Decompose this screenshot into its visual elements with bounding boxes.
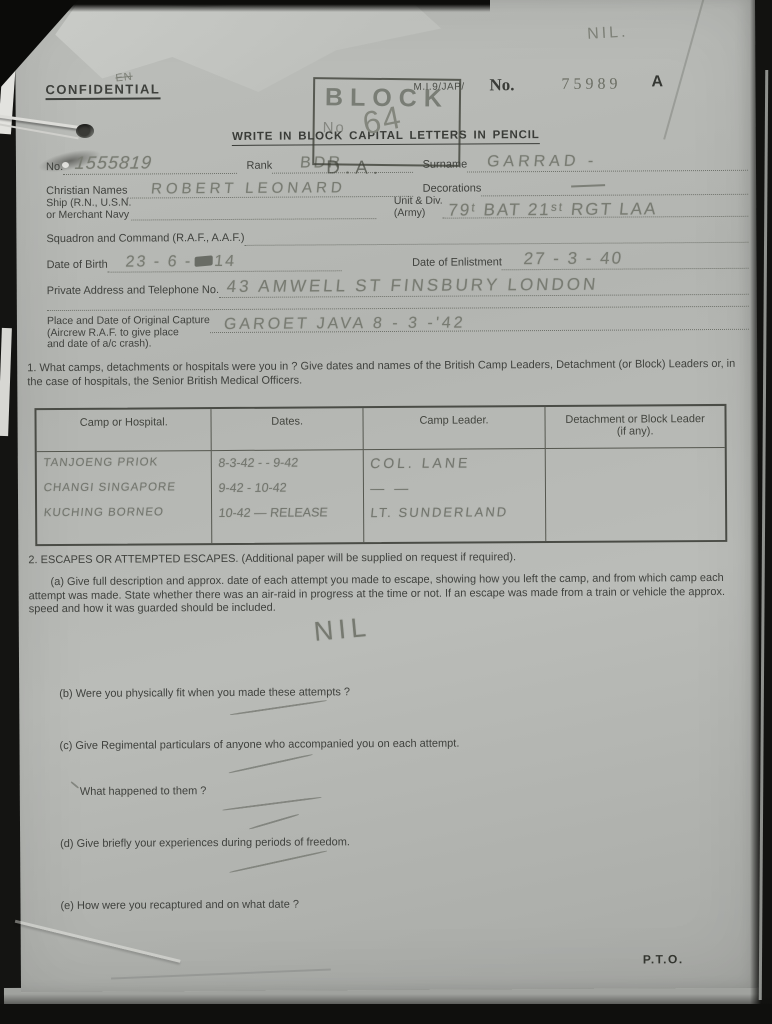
- question-2-heading: 2. ESCAPES OR ATTEMPTED ESCAPES. (Additi…: [28, 550, 740, 568]
- form-page: NIL. CONFIDENTIAL EN BLOCK No 64 D.A. M.…: [15, 0, 761, 992]
- pencil-block-number: 64: [359, 98, 405, 142]
- stamp-da-text: D.A.: [326, 157, 383, 180]
- pencil-tick: [70, 781, 79, 789]
- scan-edge-bottom: [0, 1004, 772, 1024]
- unit-label-line2: (Army): [394, 207, 443, 219]
- dob-value-pre: 23 - 6 -: [125, 253, 193, 270]
- pencil-dash: [571, 184, 605, 187]
- camps-table: Camp or Hospital. Dates. Camp Leader. De…: [34, 404, 727, 546]
- table-col-camp: TANJOENG PRIOK CHANGI SINGAPORE KUCHING …: [37, 451, 213, 544]
- pencil-scribble-blot: [194, 255, 212, 267]
- table-header-camp: Camp or Hospital.: [36, 409, 212, 452]
- field-row-spare: [47, 286, 749, 311]
- question-2b: (b) Were you physically fit when you mad…: [59, 684, 659, 701]
- pencil-stroke: [249, 813, 299, 830]
- table-col-leader: COL. LANE — — LT. SUNDERLAND: [364, 449, 547, 542]
- crease-line: [15, 920, 181, 963]
- surname-value: GARRAD -: [486, 153, 598, 172]
- surname-field: GARRAD -: [467, 150, 748, 173]
- capture-label-line3: and date of a/c crash).: [47, 338, 210, 350]
- question-1: 1. What camps, detachments or hospitals …: [27, 358, 739, 389]
- unit-value: 79ᵗ BAT 21ˢᵗ RGT LAA: [448, 199, 659, 220]
- christian-names-value: ROBERT LEONARD: [151, 179, 347, 197]
- table-cell: KUCHING BORNEO: [42, 506, 211, 532]
- serial-no-label: No.: [489, 75, 514, 95]
- squadron-label: Squadron and Command (R.A.F., A.A.F.): [46, 232, 244, 247]
- service-no-label: No.: [46, 161, 63, 175]
- field-row-dates: Date of Birth 23 - 6 -14 Date of Enlistm…: [47, 248, 749, 273]
- enlistment-field: 27 - 3 - 40: [502, 248, 749, 271]
- question-2a: (a) Give full description and approx. da…: [28, 572, 740, 617]
- dob-value: 23 - 6 -14: [125, 253, 237, 272]
- table-cell: — —: [369, 479, 545, 505]
- unit-field: 79ᵗ BAT 21ˢᵗ RGT LAA: [443, 202, 749, 219]
- classification-heading: CONFIDENTIAL: [45, 81, 160, 100]
- page-turn-over: P.T.O.: [643, 952, 684, 966]
- rank-label: Rank: [246, 160, 272, 174]
- serial-number: 75989: [561, 76, 621, 94]
- pencil-stroke: [228, 754, 312, 774]
- table-header-leader: Camp Leader.: [363, 407, 546, 450]
- table-cell: LT. SUNDERLAND: [369, 504, 545, 530]
- table-cell: 10-42 — RELEASE: [217, 505, 362, 531]
- question-2d: (d) Give briefly your experiences during…: [60, 834, 660, 851]
- table-col-dates: 8-3-42 - - 9-42 9-42 - 10-42 10-42 — REL…: [212, 450, 364, 543]
- pencil-stroke: [230, 700, 327, 716]
- table-header-detachment: Detachment or Block Leader (if any).: [546, 406, 725, 449]
- table-cell: CHANGI SINGAPORE: [42, 481, 211, 507]
- stamp-no-text: No: [323, 119, 346, 136]
- enlistment-value: 27 - 3 - 40: [523, 249, 624, 270]
- enlistment-label: Date of Enlistment: [412, 256, 502, 271]
- capture-field: GAROET JAVA 8 - 3 -'42: [210, 313, 749, 333]
- ship-field: [131, 204, 376, 220]
- question-2c2: What happened to them ?: [80, 783, 480, 799]
- pencil-answer-nil: NIL: [313, 612, 373, 648]
- unit-label-line1: Unit & Div.: [394, 196, 443, 208]
- pencil-annotation-nil: NIL.: [587, 23, 629, 43]
- ship-label: Ship (R.N., U.S.N. or Merchant Navy: [46, 198, 131, 222]
- spare-line: [47, 286, 749, 311]
- table-header-dates: Dates.: [212, 408, 364, 451]
- crease-line: [663, 0, 705, 140]
- scanned-document: NIL. CONFIDENTIAL EN BLOCK No 64 D.A. M.…: [0, 0, 772, 1024]
- pencil-stroke: [222, 796, 321, 811]
- service-no-value: 1555819: [74, 152, 153, 173]
- capture-label: Place and Date of Original Capture (Airc…: [47, 315, 210, 350]
- service-no-field: 1555819: [63, 153, 237, 175]
- question-2c: (c) Give Regimental particulars of anyon…: [59, 736, 679, 753]
- squadron-field: [244, 226, 748, 246]
- decorations-field: [481, 174, 748, 197]
- dob-label: Date of Birth: [47, 259, 108, 273]
- pencil-stroke: [229, 850, 327, 873]
- block-stamp-box: BLOCK No 64 D.A.: [312, 77, 461, 167]
- table-cell: COL. LANE: [368, 454, 544, 480]
- table-cell: TANJOENG PRIOK: [42, 456, 211, 482]
- unit-label: Unit & Div. (Army): [394, 196, 443, 219]
- field-row-unit: Ship (R.N., U.S.N. or Merchant Navy Unit…: [46, 194, 748, 221]
- field-row-capture: Place and Date of Original Capture (Airc…: [47, 312, 749, 351]
- table-cell: 8-3-42 - - 9-42: [217, 455, 362, 481]
- serial-suffix: A: [651, 73, 663, 91]
- table-col-detachment: [546, 448, 725, 541]
- table-cell: 9-42 - 10-42: [217, 480, 362, 506]
- punch-hole: [76, 124, 94, 138]
- ship-label-line2: or Merchant Navy: [46, 209, 131, 221]
- page-stack-edge: [0, 328, 12, 436]
- crease-line: [111, 969, 331, 980]
- dob-value-post: 14: [214, 253, 237, 270]
- capture-value: GAROET JAVA 8 - 3 -'42: [223, 315, 466, 334]
- dob-field: 23 - 6 -14: [108, 250, 342, 272]
- question-2e: (e) How were you recaptured and on what …: [60, 896, 660, 913]
- field-row-squadron: Squadron and Command (R.A.F., A.A.F.): [46, 226, 748, 247]
